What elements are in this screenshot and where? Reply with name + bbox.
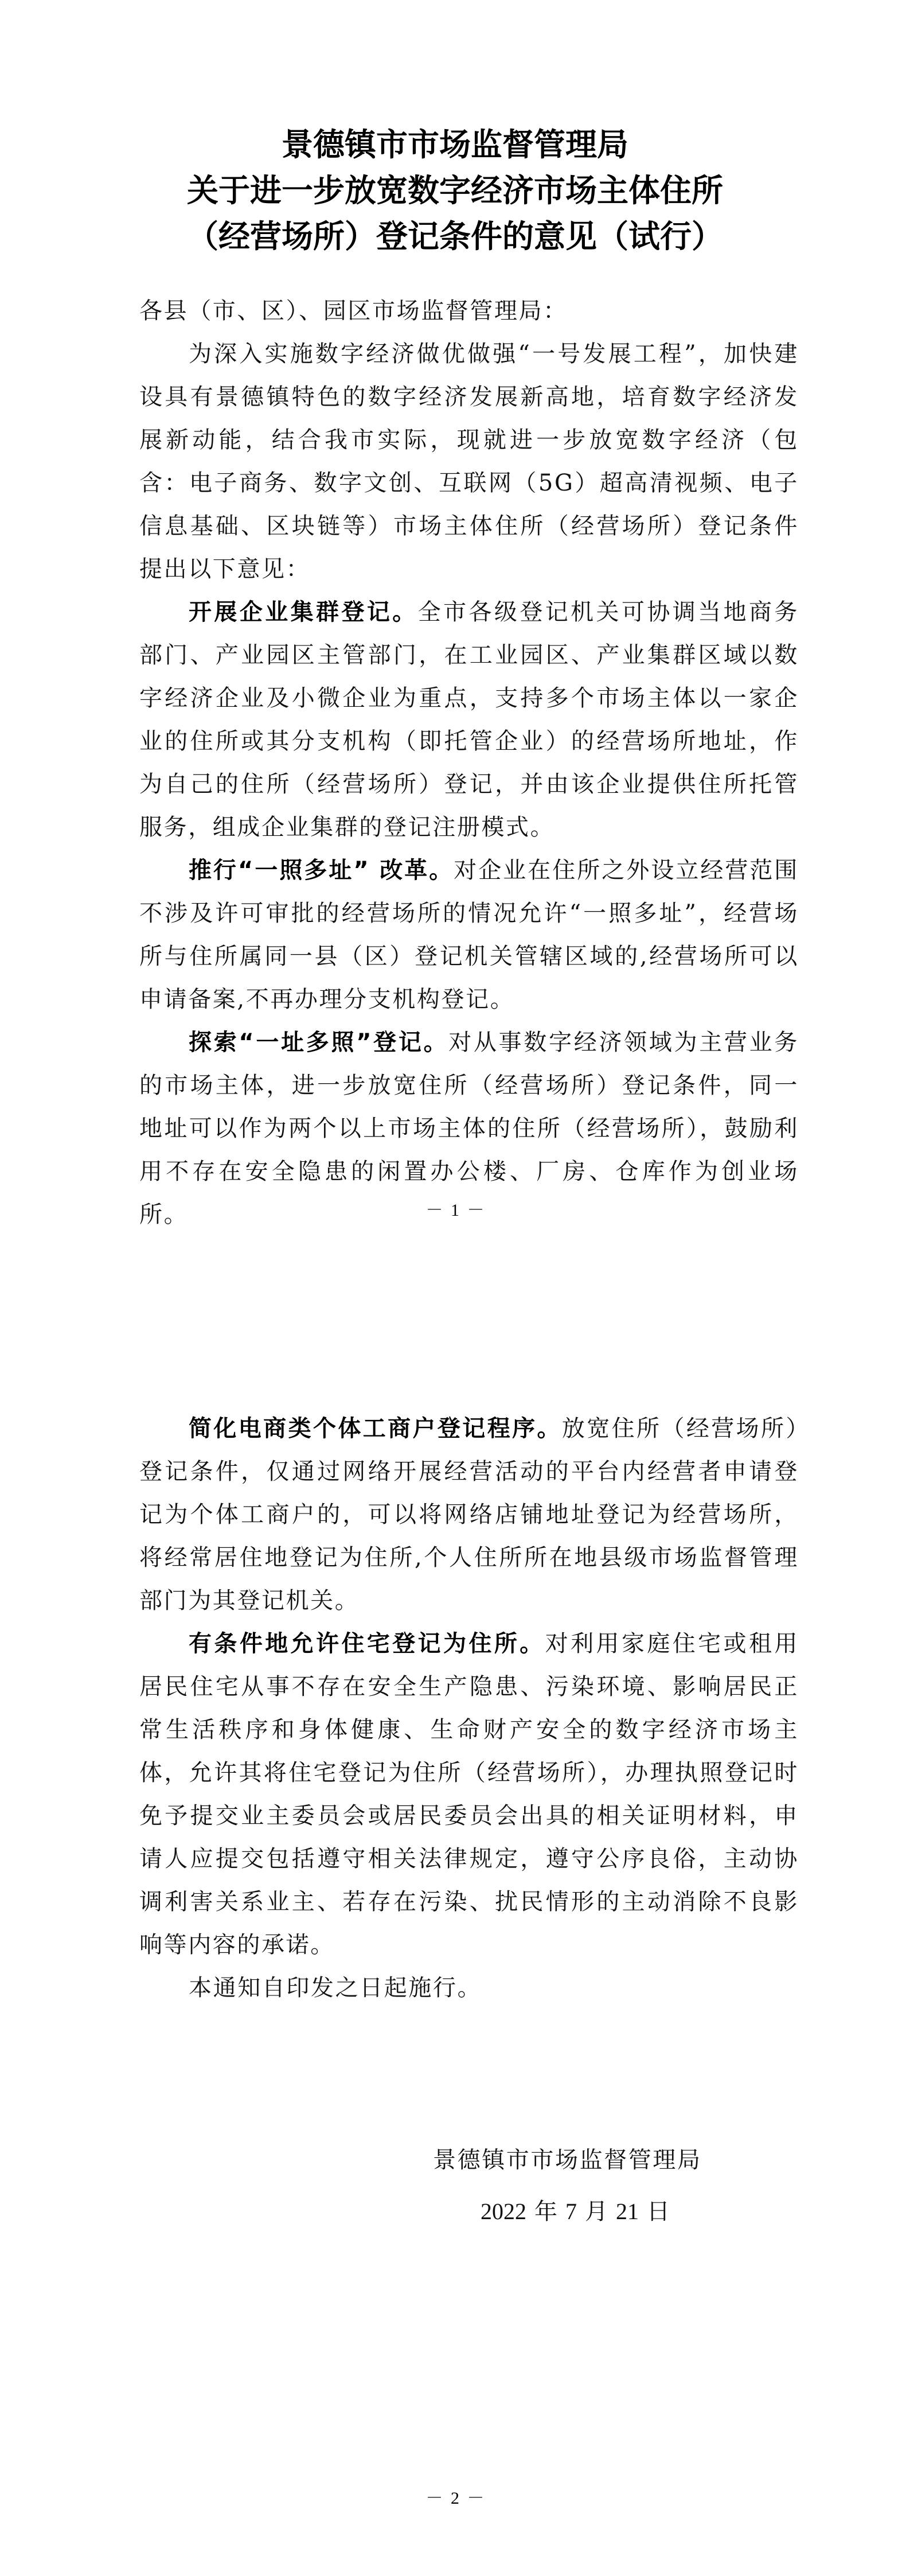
section-text-3: 对从事数字经济领域为主营业务的市场主体，进一步放宽住所（经营场所）登记条件，同一… <box>139 1029 799 1228</box>
title-line-2: 关于进一步放宽数字经济市场主体住所 <box>0 168 910 213</box>
section-paragraph-2: 推行“一照多址” 改革。对企业在住所之外设立经营范围不涉及许可审批的经营场所的情… <box>139 849 799 1021</box>
salutation: 各县（市、区）、园区市场监督管理局： <box>139 290 799 333</box>
signature-organization: 景德镇市市场监督管理局 <box>433 2146 702 2174</box>
page-number-2: － 2 － <box>0 2487 910 2510</box>
page-number-1: － 1 － <box>0 1199 910 1222</box>
title-line-3: （经营场所）登记条件的意见（试行） <box>0 213 910 259</box>
intro-paragraph: 为深入实施数字经济做优做强“一号发展工程”，加快建设具有景德镇特色的数字经济发展… <box>139 333 799 591</box>
document-body-page-1: 各县（市、区）、园区市场监督管理局： 为深入实施数字经济做优做强“一号发展工程”… <box>139 290 799 1236</box>
section-heading-2: 推行“一照多址” 改革。 <box>189 857 454 884</box>
section-heading-5: 有条件地允许住宅登记为住所。 <box>189 1631 545 1657</box>
section-text-1: 全市各级登记机关可协调当地商务部门、产业园区主管部门，在工业园区、产业集群区域以… <box>139 599 799 840</box>
closing-paragraph: 本通知自印发之日起施行。 <box>139 1967 799 2010</box>
section-heading-3: 探索“一址多照”登记。 <box>189 1029 448 1056</box>
signature-date: 2022 年 7 月 21 日 <box>481 2197 670 2226</box>
section-paragraph-1: 开展企业集群登记。全市各级登记机关可协调当地商务部门、产业园区主管部门，在工业园… <box>139 591 799 849</box>
section-text-5: 对利用家庭住宅或租用居民住宅从事不存在安全生产隐患、污染环境、影响居民正常生活秩… <box>139 1631 799 1958</box>
title-line-1: 景德镇市市场监督管理局 <box>0 122 910 168</box>
section-text-4: 放宽住所（经营场所）登记条件，仅通过网络开展经营活动的平台内经营者申请登记为个体… <box>139 1415 799 1614</box>
section-paragraph-4: 简化电商类个体工商户登记程序。放宽住所（经营场所）登记条件，仅通过网络开展经营活… <box>139 1407 799 1622</box>
document-body-page-2: 简化电商类个体工商户登记程序。放宽住所（经营场所）登记条件，仅通过网络开展经营活… <box>139 1407 799 2010</box>
section-heading-4: 简化电商类个体工商户登记程序。 <box>189 1415 562 1442</box>
section-heading-1: 开展企业集群登记。 <box>189 599 418 625</box>
document-title: 景德镇市市场监督管理局 关于进一步放宽数字经济市场主体住所 （经营场所）登记条件… <box>0 122 910 259</box>
document-page-1: 景德镇市市场监督管理局 关于进一步放宽数字经济市场主体住所 （经营场所）登记条件… <box>0 0 910 1288</box>
section-paragraph-5: 有条件地允许住宅登记为住所。对利用家庭住宅或租用居民住宅从事不存在安全生产隐患、… <box>139 1622 799 1967</box>
